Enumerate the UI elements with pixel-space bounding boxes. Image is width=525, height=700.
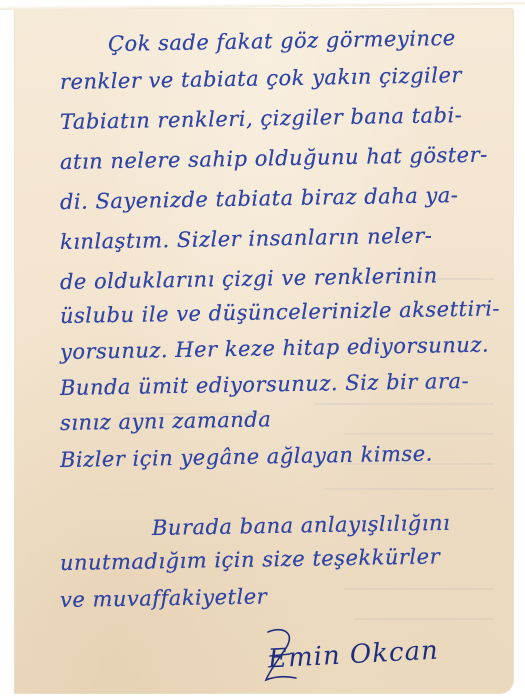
letter-line-11: sınız aynı zamanda xyxy=(60,409,272,434)
show-through-mark xyxy=(324,488,494,490)
letter-line-15: ve muvaffakiyetler xyxy=(60,586,268,611)
show-through-mark xyxy=(314,403,494,405)
show-through-mark xyxy=(344,588,494,590)
show-through-mark xyxy=(354,618,494,620)
scanned-letter: Çok sade fakat göz görmeyince renkler ve… xyxy=(0,0,525,700)
letter-line-13: Burada bana anlayışlılığını xyxy=(152,513,451,539)
show-through-mark xyxy=(344,433,494,435)
